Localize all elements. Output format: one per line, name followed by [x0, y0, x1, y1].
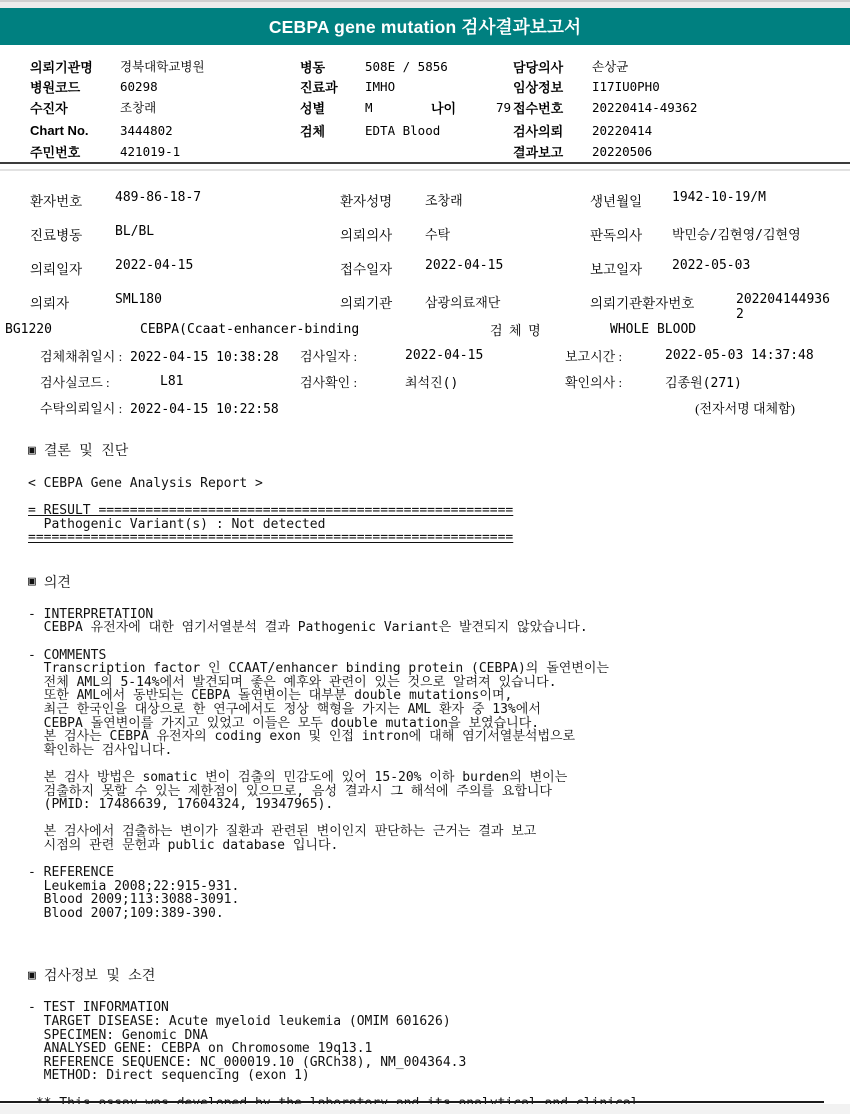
patient-info-row: 의뢰자 SML180 의뢰기관 삼광의료재단 의뢰기관환자번호 20220414… [0, 286, 850, 320]
field-value: 20220506 [592, 144, 652, 159]
report-time-value: 2022-05-03 14:37:48 [665, 348, 814, 363]
field-label: 주민번호 [30, 142, 120, 161]
referral-label: 수탁의뢰일시 : [40, 401, 122, 416]
field-label: 진료과 [300, 77, 365, 96]
order-info-row: 의뢰기관명 경북대학교병원 [30, 56, 205, 77]
verify-value: 최석진() [405, 372, 565, 391]
field-value: BL/BL [115, 224, 340, 239]
field-value: 조창래 [120, 98, 156, 116]
field-value: 2022-05-03 [672, 258, 850, 273]
field-value: IMHO [365, 79, 431, 94]
field-label: 의뢰자 [30, 292, 115, 312]
report-line [28, 635, 822, 649]
verify-label: 검사확인 : [300, 372, 405, 391]
field-label: 의뢰기관 [340, 292, 425, 312]
field-label: 검사의뢰 [513, 121, 592, 140]
order-info-row: 결과보고 20220506 [513, 141, 697, 162]
opinion-lines: - INTERPRETATION CEBPA 유전자에 대한 염기서열분석 결과… [28, 608, 822, 921]
test-meta-row-3: 검사실코드 : L81 검사확인 : 최석진() 확인의사 : 김종원(271) [0, 368, 850, 394]
report-line: 본 검사 방법은 somatic 변이 검출의 민감도에 있어 15-20% 이… [28, 771, 822, 785]
field-value: 2022-04-15 [115, 258, 340, 273]
field-label: 환자성명 [340, 190, 425, 210]
order-info-row: 병동 508E / 5856 [300, 56, 511, 77]
field-value: 421019-1 [120, 144, 180, 159]
field-value: 경북대학교병원 [120, 57, 205, 75]
field-value: 박민승/김현영/김현영 [672, 224, 850, 243]
confirm-doctor-value: 김종원(271) [665, 372, 742, 391]
field-label: 수진자 [30, 98, 120, 117]
field-label: 보고일자 [590, 258, 672, 278]
order-info-left-column: 의뢰기관명 경북대학교병원 병원코드 60298 수진자 조창래 Chart N… [30, 56, 205, 162]
field-label-secondary: 나이 [431, 98, 496, 117]
patient-info-row: 환자번호 489-86-18-7 환자성명 조창래 생년월일 1942-10-1… [0, 184, 850, 218]
order-info-middle-column: 병동 508E / 5856 진료과 IMHO 성별 M 나이 79 [300, 56, 511, 141]
esign-note: (전자서명 대체함) [695, 398, 795, 417]
field-label: 병원코드 [30, 77, 120, 96]
result-rule-top: = RESULT ===============================… [28, 504, 822, 518]
field-value: 조창래 [425, 190, 590, 209]
report-line [28, 757, 822, 771]
field-value: 1942-10-19/M [672, 190, 850, 205]
order-info-row: 임상정보 I17IU0PH0 [513, 77, 697, 98]
field-label: 병동 [300, 57, 365, 76]
field-label: 검체 [300, 121, 365, 140]
field-value: EDTA Blood [365, 123, 431, 138]
order-info-row: 진료과 IMHO [300, 77, 511, 98]
field-label: Chart No. [30, 123, 120, 138]
field-label: 임상정보 [513, 77, 592, 96]
collected-field: 검체채취일시 : 2022-04-15 10:38:28 [40, 346, 300, 365]
field-value: 2022-04-15 [425, 258, 590, 273]
referral-field: 수탁의뢰일시 : 2022-04-15 10:22:58 [40, 398, 279, 417]
bottom-divider [0, 1101, 824, 1103]
field-value: M [365, 100, 431, 115]
report-line: Leukemia 2008;22:915-931. [28, 880, 822, 894]
divider-dark [0, 162, 850, 164]
section-marker-icon: ▣ [28, 968, 36, 983]
test-meta-section: BG1220 CEBPA(Ccaat-enhancer-binding 검 체 … [0, 316, 850, 420]
report-line: REFERENCE SEQUENCE: NC_000019.10 (GRCh38… [28, 1056, 822, 1070]
order-info-row: 주민번호 421019-1 [30, 141, 205, 162]
field-value: 삼광의료재단 [425, 292, 590, 311]
field-value: 60298 [120, 79, 158, 94]
report-line: 최근 한국인을 대상으로 한 연구에서도 정상 핵형을 가지는 AML 환자 중… [28, 703, 822, 717]
field-label: 담당의사 [513, 57, 592, 76]
report-line: 검출하지 못할 수 있는 제한점이 있으므로, 음성 결과시 그 해석에 주의를… [28, 785, 822, 799]
report-line: 본 검사에서 검출하는 변이가 질환과 관련된 변이인지 판단하는 근거는 결과… [28, 825, 822, 839]
field-label: 성별 [300, 98, 365, 117]
test-name: CEBPA(Ccaat-enhancer-binding [140, 322, 490, 337]
patient-info-section: 환자번호 489-86-18-7 환자성명 조창래 생년월일 1942-10-1… [0, 184, 850, 320]
report-line: METHOD: Direct sequencing (exon 1) [28, 1069, 822, 1083]
report-line: Blood 2007;109:389-390. [28, 907, 822, 921]
field-label: 접수일자 [340, 258, 425, 278]
opinion-heading-text: 의견 [44, 572, 71, 592]
field-label: 판독의사 [590, 224, 672, 244]
test-meta-row-4: 수탁의뢰일시 : 2022-04-15 10:22:58 (전자서명 대체함) [0, 394, 850, 420]
report-line: CEBPA 유전자에 대한 염기서열분석 결과 Pathogenic Varia… [28, 621, 822, 635]
field-label: 의뢰의사 [340, 224, 425, 244]
referral-value: 2022-04-15 10:22:58 [130, 402, 279, 417]
order-info-row: Chart No. 3444802 [30, 121, 205, 142]
divider-light [0, 169, 850, 171]
report-line: TARGET DISEASE: Acute myeloid leukemia (… [28, 1015, 822, 1029]
field-value: 수탁 [425, 224, 590, 243]
field-value: 손상균 [592, 57, 628, 75]
field-label: 진료병동 [30, 224, 115, 244]
page-title: CEBPA gene mutation 검사결과보고서 [269, 14, 581, 39]
field-value: 508E / 5856 [365, 59, 431, 74]
field-value: SML180 [115, 292, 340, 307]
test-meta-row-1: BG1220 CEBPA(Ccaat-enhancer-binding 검 체 … [0, 316, 850, 342]
test-date-label: 검사일자 : [300, 346, 405, 365]
field-label: 환자번호 [30, 190, 115, 210]
order-info-row: 수진자 조창래 [30, 97, 205, 118]
order-info-row: 병원코드 60298 [30, 77, 205, 98]
patient-info-row: 의뢰일자 2022-04-15 접수일자 2022-04-15 보고일자 202… [0, 252, 850, 286]
report-line: 시점의 관련 문헌과 public database 입니다. [28, 839, 822, 853]
order-info-row: 접수번호 20220414-49362 [513, 97, 697, 118]
report-line: 또한 AML에서 동반되는 CEBPA 돌연변이는 대부분 double mut… [28, 689, 822, 703]
report-line: SPECIMEN: Genomic DNA [28, 1029, 822, 1043]
gene-report-title: < CEBPA Gene Analysis Report > [28, 476, 822, 491]
order-info-row: 검체 EDTA Blood [300, 121, 511, 142]
field-label: 접수번호 [513, 98, 592, 117]
field-label: 결과보고 [513, 142, 592, 161]
report-line: Blood 2009;113:3088-3091. [28, 893, 822, 907]
field-label: 의뢰기관명 [30, 57, 120, 76]
test-date-value: 2022-04-15 [405, 348, 565, 363]
order-info-row: 담당의사 손상균 [513, 56, 697, 77]
order-info-row: 성별 M 나이 79 [300, 97, 511, 118]
report-time-label: 보고시간 : [565, 346, 665, 365]
conclusion-heading-text: 결론 및 진단 [44, 440, 128, 460]
order-info-right-column: 담당의사 손상균 임상정보 I17IU0PH0 접수번호 20220414-49… [513, 56, 697, 162]
page-top-strip [0, 0, 850, 8]
report-line: ANALYSED GENE: CEBPA on Chromosome 19q13… [28, 1042, 822, 1056]
order-info-row: 검사의뢰 20220414 [513, 121, 697, 142]
report-line: 본 검사는 CEBPA 유전자의 coding exon 및 인접 intron… [28, 730, 822, 744]
report-line: Transcription factor 인 CCAAT/enhancer bi… [28, 662, 822, 676]
field-value: 489-86-18-7 [115, 190, 340, 205]
confirm-doctor-label: 확인의사 : [565, 372, 665, 391]
specimen-value: WHOLE BLOOD [610, 322, 696, 337]
opinion-heading: ▣ 의견 [28, 572, 822, 592]
result-line: Pathogenic Variant(s) : Not detected [28, 518, 822, 532]
result-rule-bottom: ========================================… [28, 531, 822, 545]
test-info-lines: - TEST INFORMATION TARGET DISEASE: Acute… [28, 1001, 822, 1083]
field-value: I17IU0PH0 [592, 79, 660, 94]
field-value: 3444802 [120, 123, 173, 138]
report-line: - REFERENCE [28, 866, 822, 880]
field-label: 의뢰일자 [30, 258, 115, 278]
report-body: ▣ 결론 및 진단 < CEBPA Gene Analysis Report >… [28, 440, 822, 1111]
field-label: 생년월일 [590, 190, 672, 210]
test-info-heading: ▣ 검사정보 및 소견 [28, 965, 822, 985]
order-info-section: 의뢰기관명 경북대학교병원 병원코드 60298 수진자 조창래 Chart N… [0, 45, 850, 163]
report-line: (PMID: 17486639, 17604324, 19347965). [28, 798, 822, 812]
test-meta-row-2: 검체채취일시 : 2022-04-15 10:38:28 검사일자 : 2022… [0, 342, 850, 368]
report-page: CEBPA gene mutation 검사결과보고서 의뢰기관명 경북대학교병… [0, 0, 850, 1114]
specimen-label: 검 체 명 [490, 320, 610, 339]
test-code: BG1220 [5, 322, 140, 337]
report-line [28, 852, 822, 866]
field-label: 의뢰기관환자번호 [590, 292, 736, 312]
section-marker-icon: ▣ [28, 574, 36, 589]
section-marker-icon: ▣ [28, 443, 36, 458]
report-line: - TEST INFORMATION [28, 1001, 822, 1015]
report-line: 확인하는 검사입니다. [28, 744, 822, 758]
field-value-secondary: 79 [496, 100, 511, 115]
patient-info-row: 진료병동 BL/BL 의뢰의사 수탁 판독의사 박민승/김현영/김현영 [0, 218, 850, 252]
field-value: 20220414 [592, 123, 652, 138]
report-title-bar: CEBPA gene mutation 검사결과보고서 [0, 8, 850, 45]
collected-value: 2022-04-15 10:38:28 [130, 350, 279, 365]
field-value: 20220414-49362 [592, 100, 697, 115]
test-info-heading-text: 검사정보 및 소견 [44, 965, 156, 985]
conclusion-heading: ▣ 결론 및 진단 [28, 440, 822, 460]
lab-code-label: 검사실코드 : [40, 372, 160, 391]
lab-code-value: L81 [160, 374, 300, 389]
page-bottom-strip [0, 1104, 850, 1114]
collected-label: 검체채취일시 : [40, 349, 122, 364]
